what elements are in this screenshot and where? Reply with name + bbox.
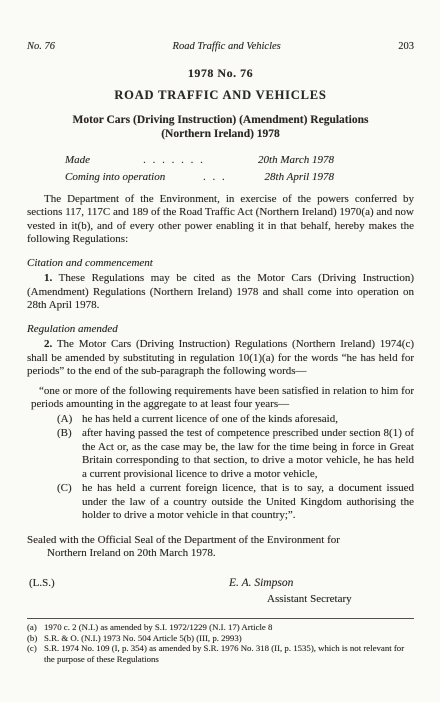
header-doc-number: No. 76 (27, 40, 55, 54)
doc-title-line1: Motor Cars (Driving Instruction) (Amendm… (27, 113, 414, 127)
paragraph-1-text: These Regulations may be cited as the Mo… (27, 272, 414, 311)
footnote-b: (b) S.R. & O. (N.I.) 1973 No. 504 Articl… (27, 633, 414, 644)
meta-coming-value: 28th April 1978 (265, 171, 334, 185)
doc-number: 1978 No. 76 (27, 67, 414, 81)
seal-mark: (L.S.) (27, 577, 55, 591)
item-b-label: (B) (57, 427, 82, 481)
doc-title-line2: (Northern Ireland) 1978 (27, 127, 414, 141)
meta-block: Made . . . . . . . 20th March 1978 Comin… (65, 154, 334, 185)
running-head: Road Traffic and Vehicles (173, 40, 281, 54)
quote-intro: “one or more of the following requiremen… (31, 385, 414, 412)
footnote-b-label: (b) (27, 633, 44, 644)
meta-coming-dots: . . . (165, 171, 264, 185)
footnote-c-text: S.R. 1974 No. 109 (I, p. 354) as amended… (44, 643, 414, 664)
signature: E. A. Simpson Assistant Secretary (229, 577, 414, 607)
paragraph-2-text: The Motor Cars (Driving Instruction) Reg… (27, 338, 414, 377)
footnote-a-text: 1970 c. 2 (N.I.) as amended by S.I. 1972… (44, 622, 414, 633)
signature-block: (L.S.) E. A. Simpson Assistant Secretary (27, 577, 414, 607)
section-heading-citation: Citation and commencement (27, 257, 414, 271)
footnote-a-label: (a) (27, 622, 44, 633)
list-item-c: (C) he has held a current foreign licenc… (57, 482, 414, 523)
meta-made-value: 20th March 1978 (258, 154, 334, 168)
paragraph-1-number: 1. (44, 272, 52, 284)
item-a-text: he has held a current licence of one of … (82, 413, 414, 427)
footnote-c-label: (c) (27, 643, 44, 664)
item-c-text: he has held a current foreign licence, t… (82, 482, 414, 523)
footnote-a: (a) 1970 c. 2 (N.I.) as amended by S.I. … (27, 622, 414, 633)
signature-name: E. A. Simpson (229, 577, 414, 591)
page-number: 203 (398, 40, 414, 54)
footnotes: (a) 1970 c. 2 (N.I.) as amended by S.I. … (27, 618, 414, 664)
item-a-label: (A) (57, 413, 82, 427)
item-c-label: (C) (57, 482, 82, 523)
category-title: ROAD TRAFFIC AND VEHICLES (27, 89, 414, 103)
preamble-paragraph: The Department of the Environment, in ex… (27, 193, 414, 247)
footnote-rule (27, 618, 414, 619)
page-header: No. 76 Road Traffic and Vehicles 203 (27, 40, 414, 54)
list-item-b: (B) after having passed the test of comp… (57, 427, 414, 481)
paragraph-1: 1. These Regulations may be cited as the… (27, 272, 414, 313)
footnote-c: (c) S.R. 1974 No. 109 (I, p. 354) as ame… (27, 643, 414, 664)
signature-title: Assistant Secretary (267, 593, 414, 607)
meta-row-made: Made . . . . . . . 20th March 1978 (65, 154, 334, 168)
meta-row-coming: Coming into operation . . . 28th April 1… (65, 171, 334, 185)
meta-made-label: Made (65, 154, 90, 168)
sealed-line1: Sealed with the Official Seal of the Dep… (27, 534, 414, 548)
sealed-line2: Northern Ireland on 20th March 1978. (47, 547, 414, 561)
document-page: No. 76 Road Traffic and Vehicles 203 197… (0, 0, 440, 702)
paragraph-2-number: 2. (44, 338, 52, 350)
doc-title: Motor Cars (Driving Instruction) (Amendm… (27, 113, 414, 141)
meta-coming-label: Coming into operation (65, 171, 165, 185)
sealed-paragraph: Sealed with the Official Seal of the Dep… (27, 534, 414, 561)
paragraph-2: 2. The Motor Cars (Driving Instruction) … (27, 338, 414, 379)
footnote-b-text: S.R. & O. (N.I.) 1973 No. 504 Article 5(… (44, 633, 414, 644)
meta-made-dots: . . . . . . . (90, 154, 258, 168)
section-heading-regulation: Regulation amended (27, 323, 414, 337)
list-item-a: (A) he has held a current licence of one… (57, 413, 414, 427)
item-b-text: after having passed the test of competen… (82, 427, 414, 481)
